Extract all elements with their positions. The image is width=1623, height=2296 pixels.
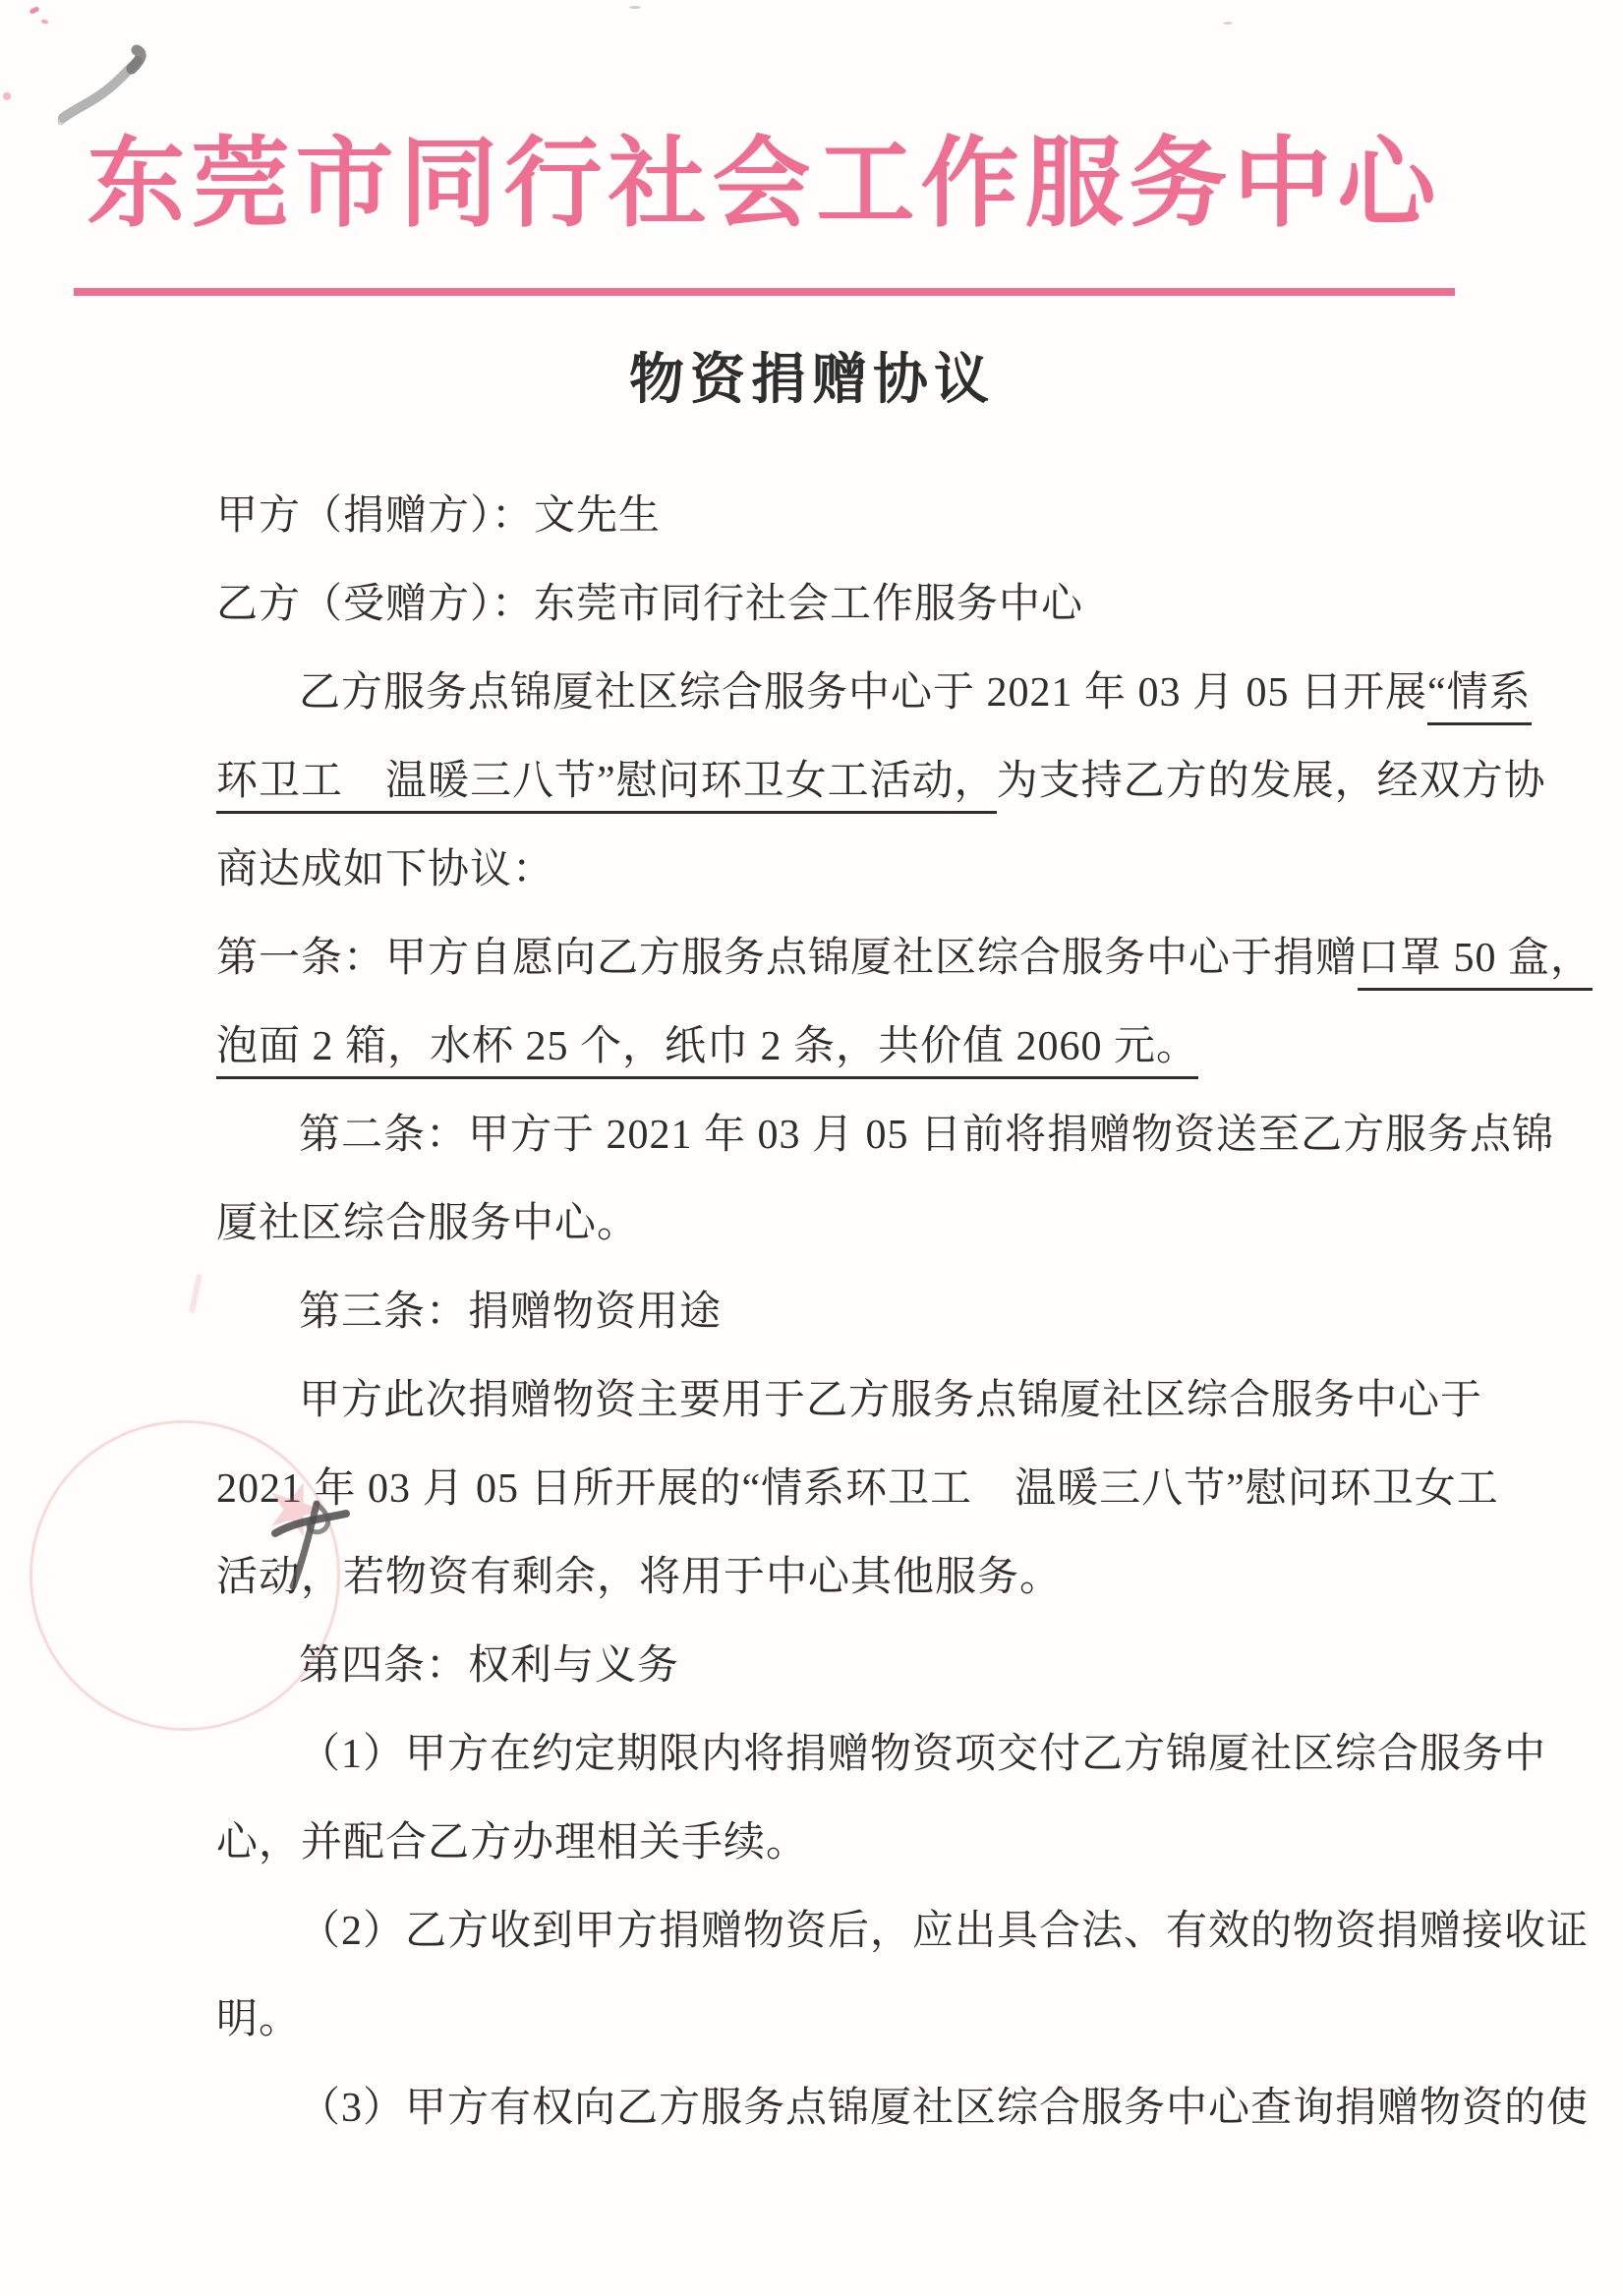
text-line: 乙方服务点锦厦社区综合服务中心于 2021 年 03 月 05 日开展“情系: [216, 649, 1408, 737]
text-segment: 2021 年 03 月 05 日所开展的“情系环卫工 温暖三八节”慰问环卫女工: [216, 1466, 1499, 1512]
text-segment: 心，并配合乙方办理相关手续。: [216, 1820, 808, 1865]
text-segment: 第三条：捐赠物资用途: [299, 1290, 722, 1335]
text-segment: （1）甲方在约定期限内将捐赠物资项交付乙方锦厦社区综合服务中: [299, 1732, 1546, 1777]
underlined-text-segment: 泡面 2 箱，水杯 25 个，纸巾 2 条，共价值 2060 元。: [216, 1024, 1198, 1079]
text-line: 心，并配合乙方办理相关手续。: [216, 1799, 1408, 1887]
text-segment: 乙方（受赠方）：东莞市同行社会工作服务中心: [216, 582, 1083, 627]
text-line: 厦社区综合服务中心。: [216, 1179, 1408, 1268]
text-line: 第四条：权利与义务: [216, 1622, 1408, 1710]
text-line: 甲方（捐赠方）：文先生: [216, 472, 1408, 560]
text-segment: 明。: [216, 1997, 301, 2042]
document-body: 甲方（捐赠方）：文先生乙方（受赠方）：东莞市同行社会工作服务中心乙方服务点锦厦社…: [216, 472, 1408, 2152]
scanned-document-page: 东莞市同行社会工作服务中心 物资捐赠协议 甲方（捐赠方）：文先生乙方（受赠方）：…: [0, 0, 1623, 2296]
red-stamp-mark: [189, 1274, 203, 1313]
pink-speck-2: [41, 19, 49, 25]
text-line: （3）甲方有权向乙方服务点锦厦社区综合服务中心查询捐赠物资的使: [216, 2064, 1408, 2152]
pink-speck-3: [3, 92, 11, 100]
text-segment: 厦社区综合服务中心。: [216, 1201, 639, 1246]
text-segment: （2）乙方收到甲方捐赠物资后，应出具合法、有效的物资捐赠接收证: [299, 1909, 1589, 1954]
text-line: 第一条：甲方自愿向乙方服务点锦厦社区综合服务中心于捐赠口罩 50 盒，: [216, 914, 1408, 1003]
text-segment: 第四条：权利与义务: [299, 1643, 679, 1689]
ink-smudge: [51, 41, 159, 130]
document-title: 物资捐赠协议: [216, 342, 1408, 419]
text-line: （2）乙方收到甲方捐赠物资后，应出具合法、有效的物资捐赠接收证: [216, 1887, 1408, 1976]
underlined-text-segment: 口罩 50 盒，: [1358, 936, 1593, 991]
org-name-header: 东莞市同行社会工作服务中心: [74, 86, 1455, 283]
text-line: 第二条：甲方于 2021 年 03 月 05 日前将捐赠物资送至乙方服务点锦: [216, 1091, 1408, 1179]
gray-speck-1: [629, 6, 641, 9]
text-line: 活动，若物资有剩余，将用于中心其他服务。: [216, 1533, 1408, 1622]
text-line: 2021 年 03 月 05 日所开展的“情系环卫工 温暖三八节”慰问环卫女工: [216, 1445, 1408, 1533]
underlined-text-segment: “情系: [1427, 670, 1532, 725]
text-line: 商达成如下协议：: [216, 826, 1408, 914]
text-line: 第三条：捐赠物资用途: [216, 1268, 1408, 1356]
text-line: 乙方（受赠方）：东莞市同行社会工作服务中心: [216, 560, 1408, 649]
text-segment: 第二条：甲方于 2021 年 03 月 05 日前将捐赠物资送至乙方服务点锦: [299, 1113, 1554, 1158]
text-line: 泡面 2 箱，水杯 25 个，纸巾 2 条，共价值 2060 元。: [216, 1003, 1408, 1091]
text-segment: 为支持乙方的发展，经双方协: [997, 759, 1546, 804]
text-segment: 商达成如下协议：: [216, 847, 554, 892]
underlined-text-segment: 环卫工 温暖三八节”慰问环卫女工活动，: [216, 759, 997, 814]
text-line: 明。: [216, 1976, 1408, 2064]
text-segment: 甲方（捐赠方）：文先生: [216, 493, 661, 539]
text-line: （1）甲方在约定期限内将捐赠物资项交付乙方锦厦社区综合服务中: [216, 1710, 1408, 1799]
pink-speck-1: [29, 6, 39, 15]
text-segment: 第一条：甲方自愿向乙方服务点锦厦社区综合服务中心于捐赠: [216, 936, 1358, 981]
text-segment: （3）甲方有权向乙方服务点锦厦社区综合服务中心查询捐赠物资的使: [299, 2086, 1589, 2131]
text-segment: 乙方服务点锦厦社区综合服务中心于 2021 年 03 月 05 日开展: [299, 670, 1427, 716]
handwriting-mark: [261, 1496, 360, 1594]
gray-speck-2: [1223, 22, 1233, 25]
text-line: 甲方此次捐赠物资主要用于乙方服务点锦厦社区综合服务中心于: [216, 1356, 1408, 1445]
text-segment: 甲方此次捐赠物资主要用于乙方服务点锦厦社区综合服务中心于: [299, 1378, 1482, 1423]
header-divider-line: [74, 288, 1455, 296]
text-line: 环卫工 温暖三八节”慰问环卫女工活动，为支持乙方的发展，经双方协: [216, 737, 1408, 826]
